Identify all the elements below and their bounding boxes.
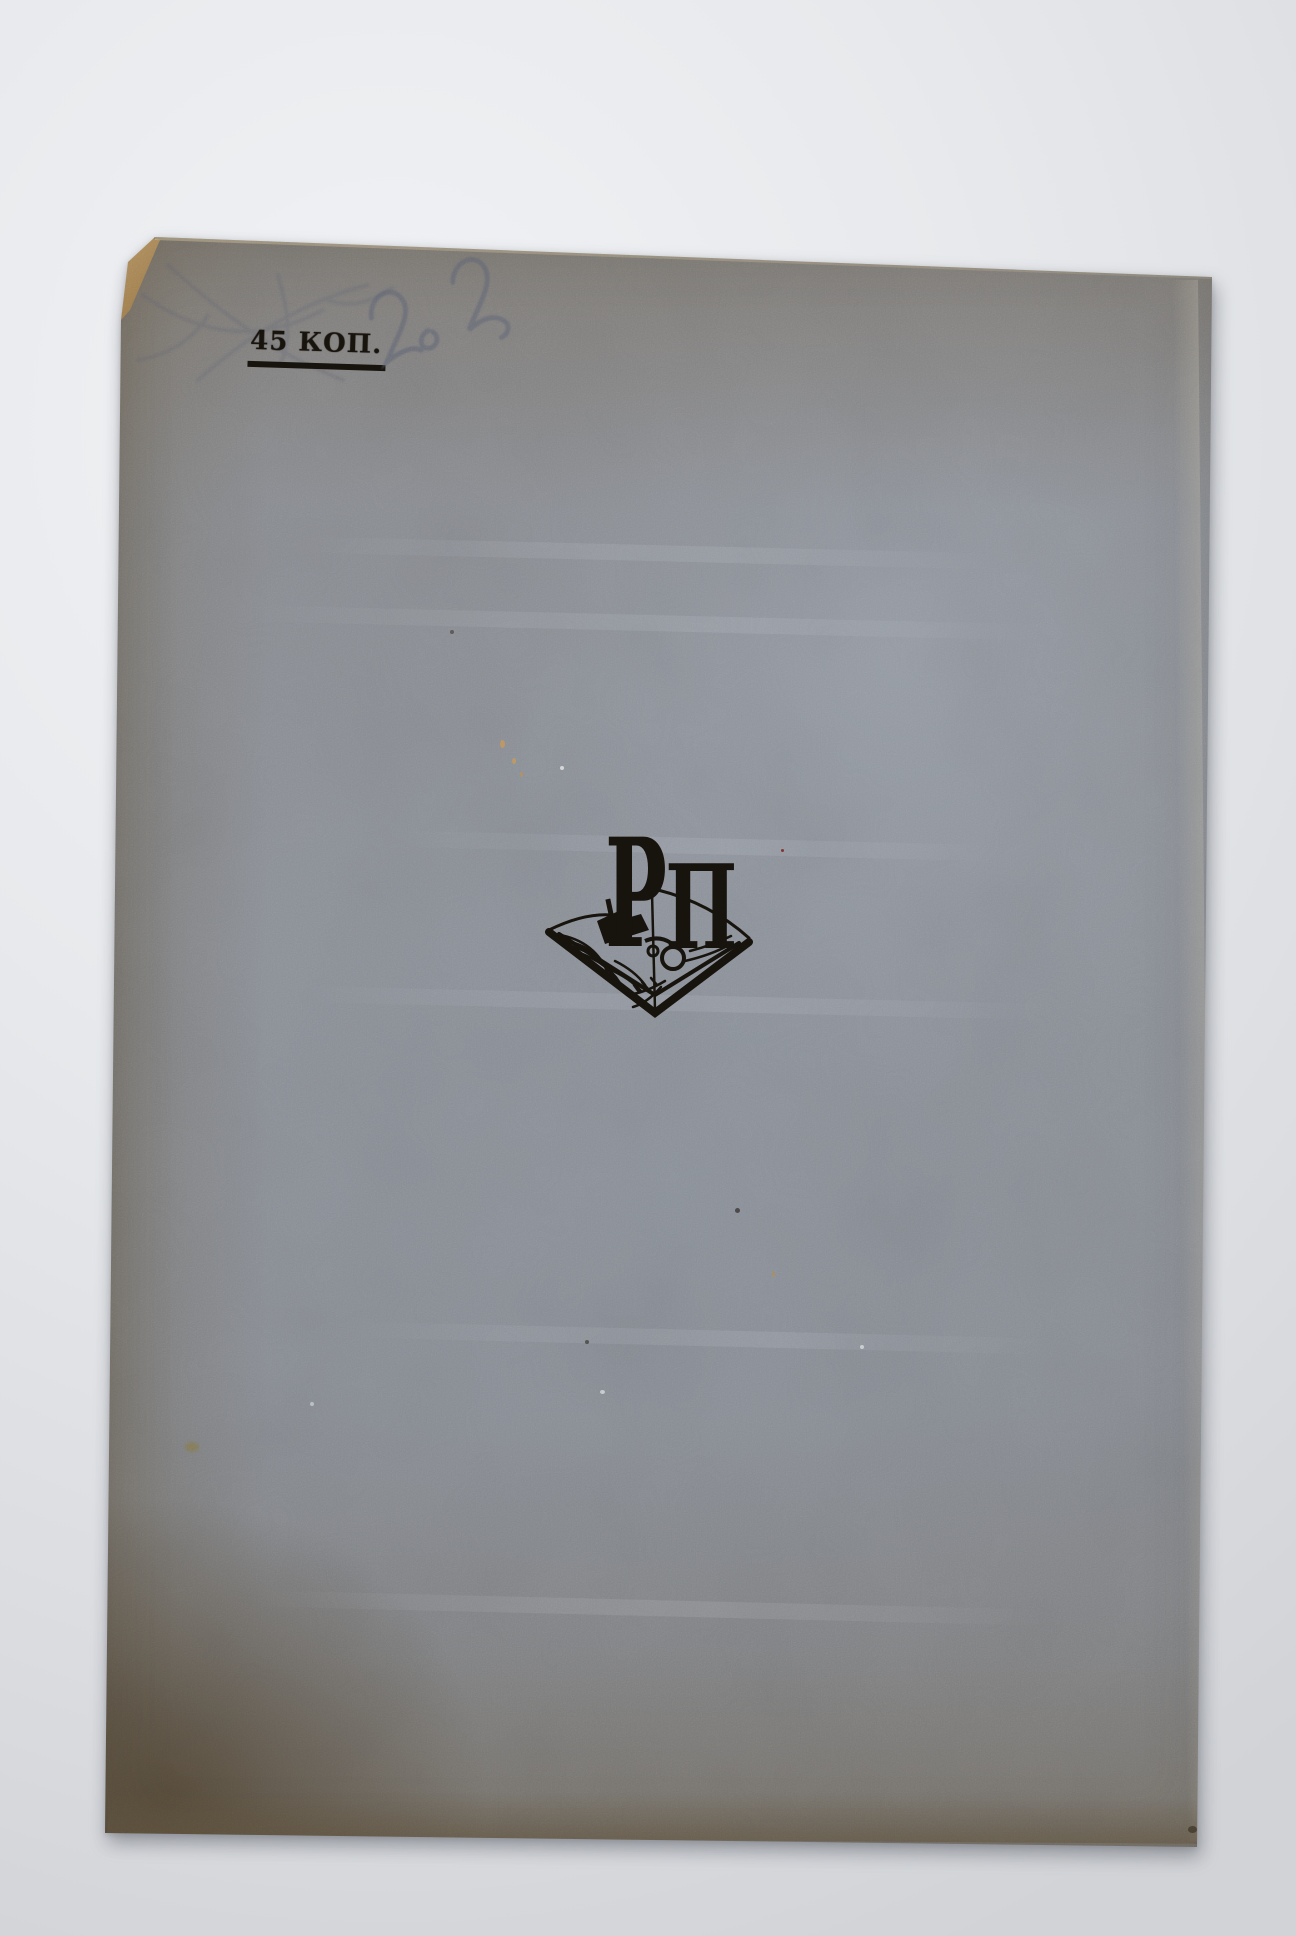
paper-speck xyxy=(585,1340,589,1344)
paper-stain xyxy=(185,1442,199,1452)
paper-speck xyxy=(310,1402,314,1406)
paper-grain-fine xyxy=(100,236,1215,1848)
scuff-streak xyxy=(250,1590,1050,1626)
paper-speck xyxy=(781,849,784,852)
booklet-shadow: 45 коп. 202 xyxy=(100,236,1215,1848)
scuff-streak xyxy=(300,536,1000,569)
photo-surface: 45 коп. 202 xyxy=(0,0,1296,1936)
paper-speck xyxy=(560,766,564,770)
scuff-streak xyxy=(350,1321,1050,1354)
paper-speck xyxy=(772,1271,775,1277)
paper-speck xyxy=(520,772,523,777)
paper-speck xyxy=(735,1208,740,1213)
paper-speck xyxy=(500,740,505,748)
paper-speck xyxy=(450,630,454,634)
paper-grain-blotch xyxy=(100,236,1215,1848)
logo-letter-2: П xyxy=(665,841,737,977)
bottom-edge-darkening xyxy=(108,1790,1200,1844)
paper-speck xyxy=(860,1345,864,1349)
right-edge-highlight xyxy=(1172,280,1213,1842)
scuff-streak xyxy=(250,605,1050,641)
paper-speck xyxy=(512,758,516,764)
paper-speck xyxy=(600,1390,605,1394)
publisher-logo: Р П xyxy=(545,833,755,1023)
logo-letter-1: Р xyxy=(605,833,667,982)
booklet-cover: 45 коп. 202 xyxy=(100,236,1215,1848)
